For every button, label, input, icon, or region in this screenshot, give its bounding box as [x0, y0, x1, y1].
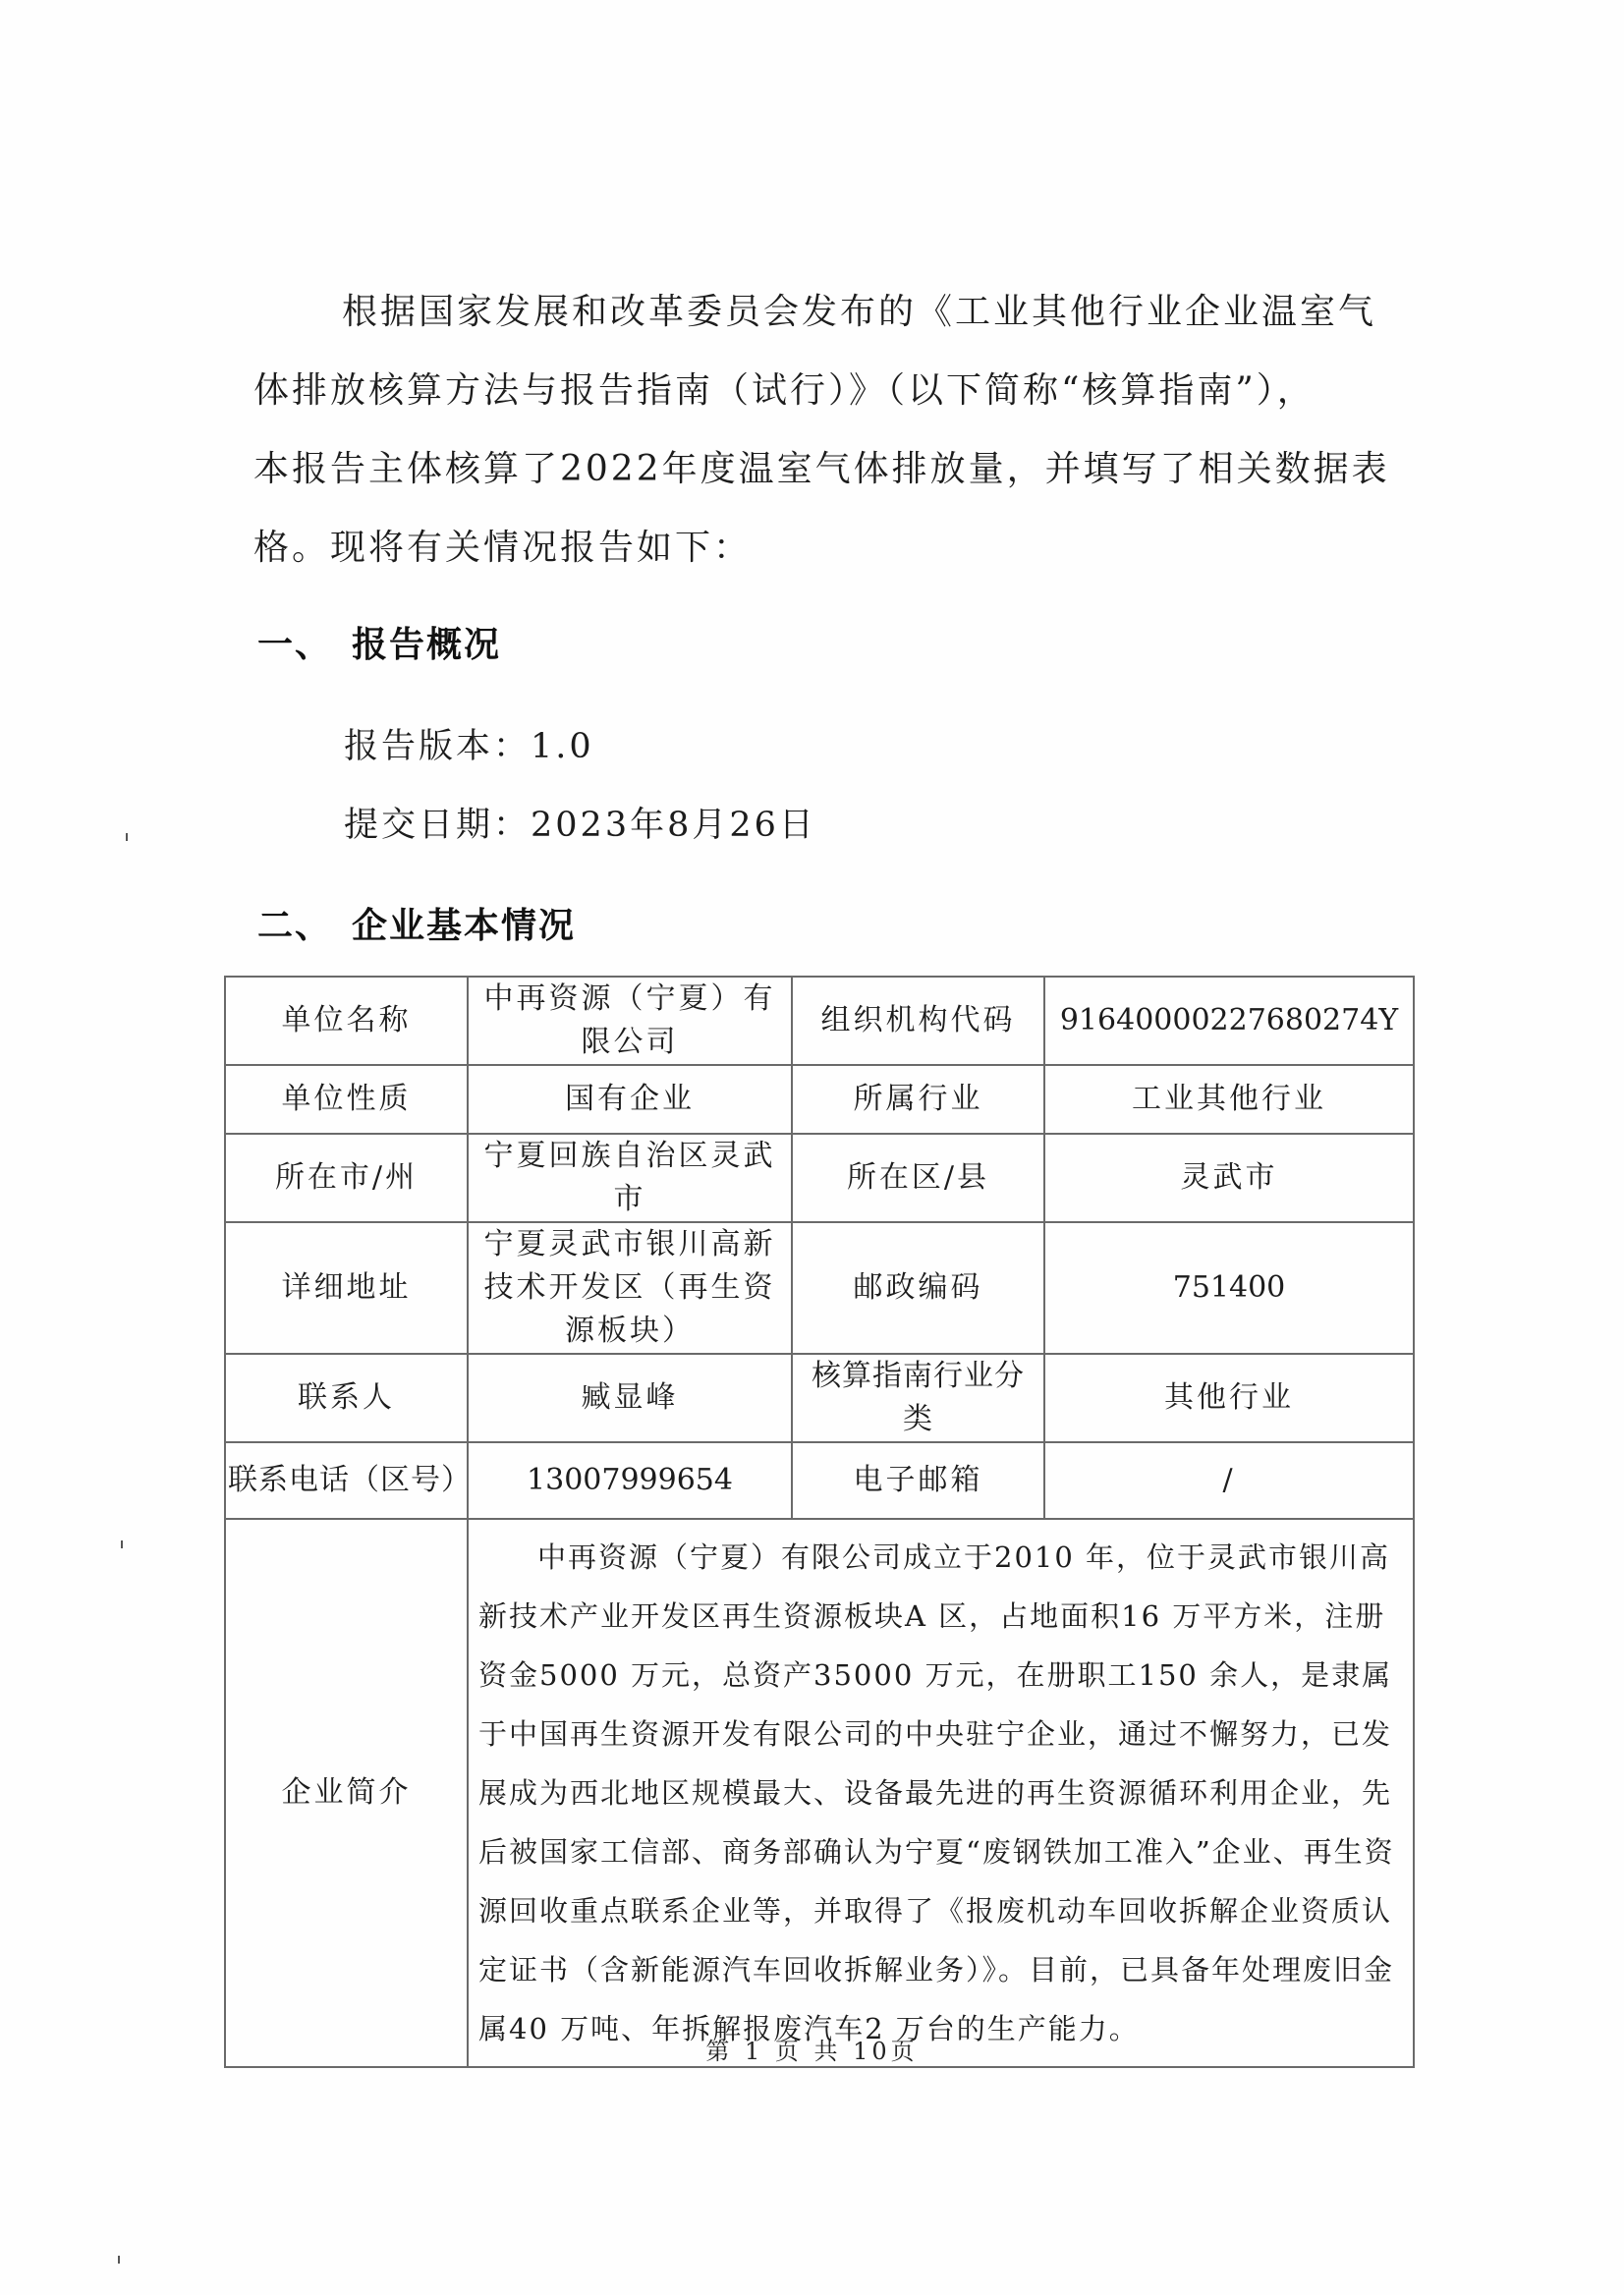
table-row: 单位性质 国有企业 所属行业 工业其他行业 [225, 1065, 1414, 1134]
submit-date: 提交日期：2023年8月26日 [344, 798, 816, 847]
label-cell: 详细地址 [225, 1222, 468, 1354]
report-version-label: 报告版本： [344, 727, 531, 766]
scan-artifact [118, 2256, 120, 2264]
value-cell: 中再资源（宁夏）有限公司 [468, 977, 792, 1065]
label-cell: 单位名称 [225, 977, 468, 1065]
intro-label-cell: 企业简介 [225, 1519, 468, 2067]
table-row: 单位名称 中再资源（宁夏）有限公司 组织机构代码 916400002276802… [225, 977, 1414, 1065]
report-version: 报告版本：1.0 [344, 719, 594, 768]
value-cell: 其他行业 [1044, 1354, 1414, 1442]
label-cell: 所在区/县 [792, 1134, 1044, 1222]
scan-artifact [121, 1540, 123, 1548]
label-cell: 组织机构代码 [792, 977, 1044, 1065]
table-row: 所在市/州 宁夏回族自治区灵武市 所在区/县 灵武市 [225, 1134, 1414, 1222]
value-cell: 宁夏回族自治区灵武市 [468, 1134, 792, 1222]
section-1-title: 报告概况 [352, 625, 501, 665]
intro-text-cell: 中再资源（宁夏）有限公司成立于2010 年，位于灵武市银川高新技术产业开发区再生… [468, 1519, 1414, 2067]
submit-date-value: 2023年8月26日 [531, 806, 816, 845]
report-version-value: 1.0 [531, 727, 594, 766]
intro-text: 中再资源（宁夏）有限公司成立于2010 年，位于灵武市银川高新技术产业开发区再生… [478, 1528, 1403, 2058]
intro-line-2: 体排放核算方法与报告指南（试行）》（以下简称“核算指南”）， [253, 352, 1383, 430]
section-1-number: 一、 [257, 617, 352, 667]
section-2-title: 企业基本情况 [352, 906, 576, 946]
label-cell: 联系电话（区号） [225, 1442, 468, 1519]
label-cell: 联系人 [225, 1354, 468, 1442]
value-cell: 宁夏灵武市银川高新技术开发区（再生资源板块） [468, 1222, 792, 1354]
intro-line-4: 格。现将有关情况报告如下： [253, 509, 1383, 588]
value-cell: 751400 [1044, 1222, 1414, 1354]
table-row: 详细地址 宁夏灵武市银川高新技术开发区（再生资源板块） 邮政编码 751400 [225, 1222, 1414, 1354]
submit-date-label: 提交日期： [344, 806, 531, 845]
section-2-number: 二、 [257, 898, 352, 948]
intro-line-3: 本报告主体核算了2022年度温室气体排放量，并填写了相关数据表 [253, 430, 1383, 509]
value-cell: 工业其他行业 [1044, 1065, 1414, 1134]
label-cell: 所在市/州 [225, 1134, 468, 1222]
label-cell: 单位性质 [225, 1065, 468, 1134]
section-2-heading: 二、企业基本情况 [257, 898, 576, 948]
label-cell: 核算指南行业分类 [792, 1354, 1044, 1442]
section-1-heading: 一、报告概况 [257, 617, 501, 667]
enterprise-info-table: 单位名称 中再资源（宁夏）有限公司 组织机构代码 916400002276802… [224, 976, 1415, 2068]
value-cell: / [1044, 1442, 1414, 1519]
label-cell: 邮政编码 [792, 1222, 1044, 1354]
value-cell: 灵武市 [1044, 1134, 1414, 1222]
value-cell: 91640000227680274Y [1044, 977, 1414, 1065]
intro-line-1: 根据国家发展和改革委员会发布的《工业其他行业企业温室气 [253, 273, 1383, 352]
intro-paragraph: 根据国家发展和改革委员会发布的《工业其他行业企业温室气 体排放核算方法与报告指南… [253, 273, 1383, 588]
table-row-intro: 企业简介 中再资源（宁夏）有限公司成立于2010 年，位于灵武市银川高新技术产业… [225, 1519, 1414, 2067]
page-footer: 第 1 页 共 10页 [0, 2032, 1624, 2066]
label-cell: 电子邮箱 [792, 1442, 1044, 1519]
scan-artifact [126, 833, 128, 841]
value-cell: 13007999654 [468, 1442, 792, 1519]
table-row: 联系电话（区号） 13007999654 电子邮箱 / [225, 1442, 1414, 1519]
label-cell: 所属行业 [792, 1065, 1044, 1134]
document-page: 根据国家发展和改革委员会发布的《工业其他行业企业温室气 体排放核算方法与报告指南… [0, 0, 1624, 2295]
value-cell: 国有企业 [468, 1065, 792, 1134]
value-cell: 臧显峰 [468, 1354, 792, 1442]
table-row: 联系人 臧显峰 核算指南行业分类 其他行业 [225, 1354, 1414, 1442]
